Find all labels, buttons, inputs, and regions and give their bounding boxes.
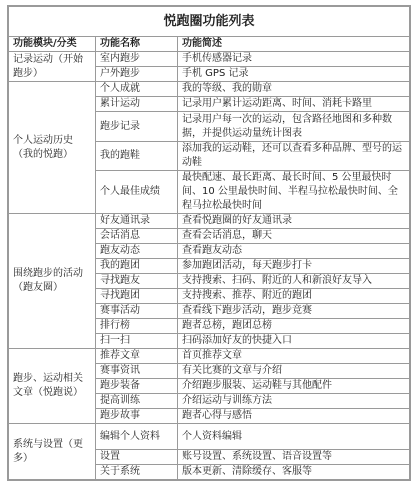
feature-description-cell: 手机传感器记录	[178, 52, 410, 67]
feature-description-cell: 支持搜索、推荐、附近的跑团	[178, 289, 410, 304]
feature-description-cell: 首页推荐文章	[178, 349, 410, 364]
category-cell: 记录运动（开始跑步）	[9, 52, 96, 82]
feature-name-cell: 寻找跑团	[96, 289, 178, 304]
feature-name-cell: 提高训练	[96, 394, 178, 409]
table-row: 记录运动（开始跑步）室内跑步手机传感器记录	[9, 52, 410, 67]
feature-description-cell: 查看会话消息，聊天	[178, 229, 410, 244]
feature-description-cell: 跑者心得与感悟	[178, 409, 410, 424]
feature-name-cell: 赛事活动	[96, 304, 178, 319]
feature-name-cell: 排行榜	[96, 319, 178, 334]
header-name: 功能名称	[96, 37, 178, 52]
feature-description-cell: 个人资料编辑	[178, 424, 410, 450]
feature-description-cell: 介绍运动与训练方法	[178, 394, 410, 409]
feature-name-cell: 我的跑团	[96, 259, 178, 274]
feature-description-cell: 添加我的运动鞋，还可以查看多种品牌、型号的运动鞋	[178, 142, 410, 171]
feature-description-cell: 版本更新、清除缓存、客服等	[178, 465, 410, 480]
category-cell: 围绕跑步的活动（跑友圈）	[9, 214, 96, 349]
header-description: 功能简述	[178, 37, 410, 52]
feature-table: 悦跑圈功能列表 功能模块/分类 功能名称 功能简述 记录运动（开始跑步）室内跑步…	[8, 6, 410, 480]
feature-name-cell: 寻找跑友	[96, 274, 178, 289]
feature-description-cell: 支持搜索、扫码、附近的人和新浪好友导入	[178, 274, 410, 289]
table-row: 围绕跑步的活动（跑友圈）好友通讯录查看悦跑圈的好友通讯录	[9, 214, 410, 229]
feature-name-cell: 室内跑步	[96, 52, 178, 67]
table-row: 个人运动历史（我的悦跑）个人成就我的等级、我的勋章	[9, 82, 410, 97]
feature-name-cell: 编辑个人资料	[96, 424, 178, 450]
category-cell: 跑步、运动相关文章（悦跑说）	[9, 349, 96, 424]
feature-name-cell: 跑步装备	[96, 379, 178, 394]
feature-description-cell: 查看悦跑圈的好友通讯录	[178, 214, 410, 229]
feature-name-cell: 个人最佳成绩	[96, 171, 178, 214]
feature-name-cell: 跑友动态	[96, 244, 178, 259]
category-cell: 系统与设置（更多）	[9, 424, 96, 480]
feature-name-cell: 扫一扫	[96, 334, 178, 349]
feature-description-cell: 扫码添加好友的快捷入口	[178, 334, 410, 349]
title-row: 悦跑圈功能列表	[9, 7, 410, 37]
header-row: 功能模块/分类 功能名称 功能简述	[9, 37, 410, 52]
feature-description-cell: 账号设置、系统设置、语音设置等	[178, 450, 410, 465]
feature-name-cell: 跑步故事	[96, 409, 178, 424]
feature-description-cell: 介绍跑步服装、运动鞋与其他配件	[178, 379, 410, 394]
feature-description-cell: 记录用户累计运动距离、时间、消耗卡路里	[178, 97, 410, 112]
feature-name-cell: 累计运动	[96, 97, 178, 112]
feature-name-cell: 关于系统	[96, 465, 178, 480]
feature-name-cell: 个人成就	[96, 82, 178, 97]
feature-name-cell: 户外跑步	[96, 67, 178, 82]
feature-description-cell: 最快配速、最长距离、最长时间、5 公里最快时间、10 公里最快时间、半程马拉松最…	[178, 171, 410, 214]
feature-description-cell: 参加跑团活动，每天跑步打卡	[178, 259, 410, 274]
feature-description-cell: 查看线下跑步活动，跑步竞赛	[178, 304, 410, 319]
feature-name-cell: 会话消息	[96, 229, 178, 244]
feature-name-cell: 我的跑鞋	[96, 142, 178, 171]
feature-description-cell: 有关比赛的文章与介绍	[178, 364, 410, 379]
table-title: 悦跑圈功能列表	[9, 7, 410, 37]
category-cell: 个人运动历史（我的悦跑）	[9, 82, 96, 214]
table-row: 系统与设置（更多）编辑个人资料个人资料编辑	[9, 424, 410, 450]
header-category: 功能模块/分类	[9, 37, 96, 52]
feature-description-cell: 我的等级、我的勋章	[178, 82, 410, 97]
feature-name-cell: 赛事资讯	[96, 364, 178, 379]
table-body: 记录运动（开始跑步）室内跑步手机传感器记录户外跑步手机 GPS 记录个人运动历史…	[9, 52, 410, 480]
feature-name-cell: 推荐文章	[96, 349, 178, 364]
feature-name-cell: 设置	[96, 450, 178, 465]
feature-description-cell: 手机 GPS 记录	[178, 67, 410, 82]
feature-description-cell: 查看跑友动态	[178, 244, 410, 259]
feature-description-cell: 记录用户每一次的运动，包含路径地图和多种数据，并提供运动量统计图表	[178, 112, 410, 142]
feature-description-cell: 跑者总榜，跑团总榜	[178, 319, 410, 334]
table-row: 跑步、运动相关文章（悦跑说）推荐文章首页推荐文章	[9, 349, 410, 364]
feature-name-cell: 跑步记录	[96, 112, 178, 142]
feature-name-cell: 好友通讯录	[96, 214, 178, 229]
